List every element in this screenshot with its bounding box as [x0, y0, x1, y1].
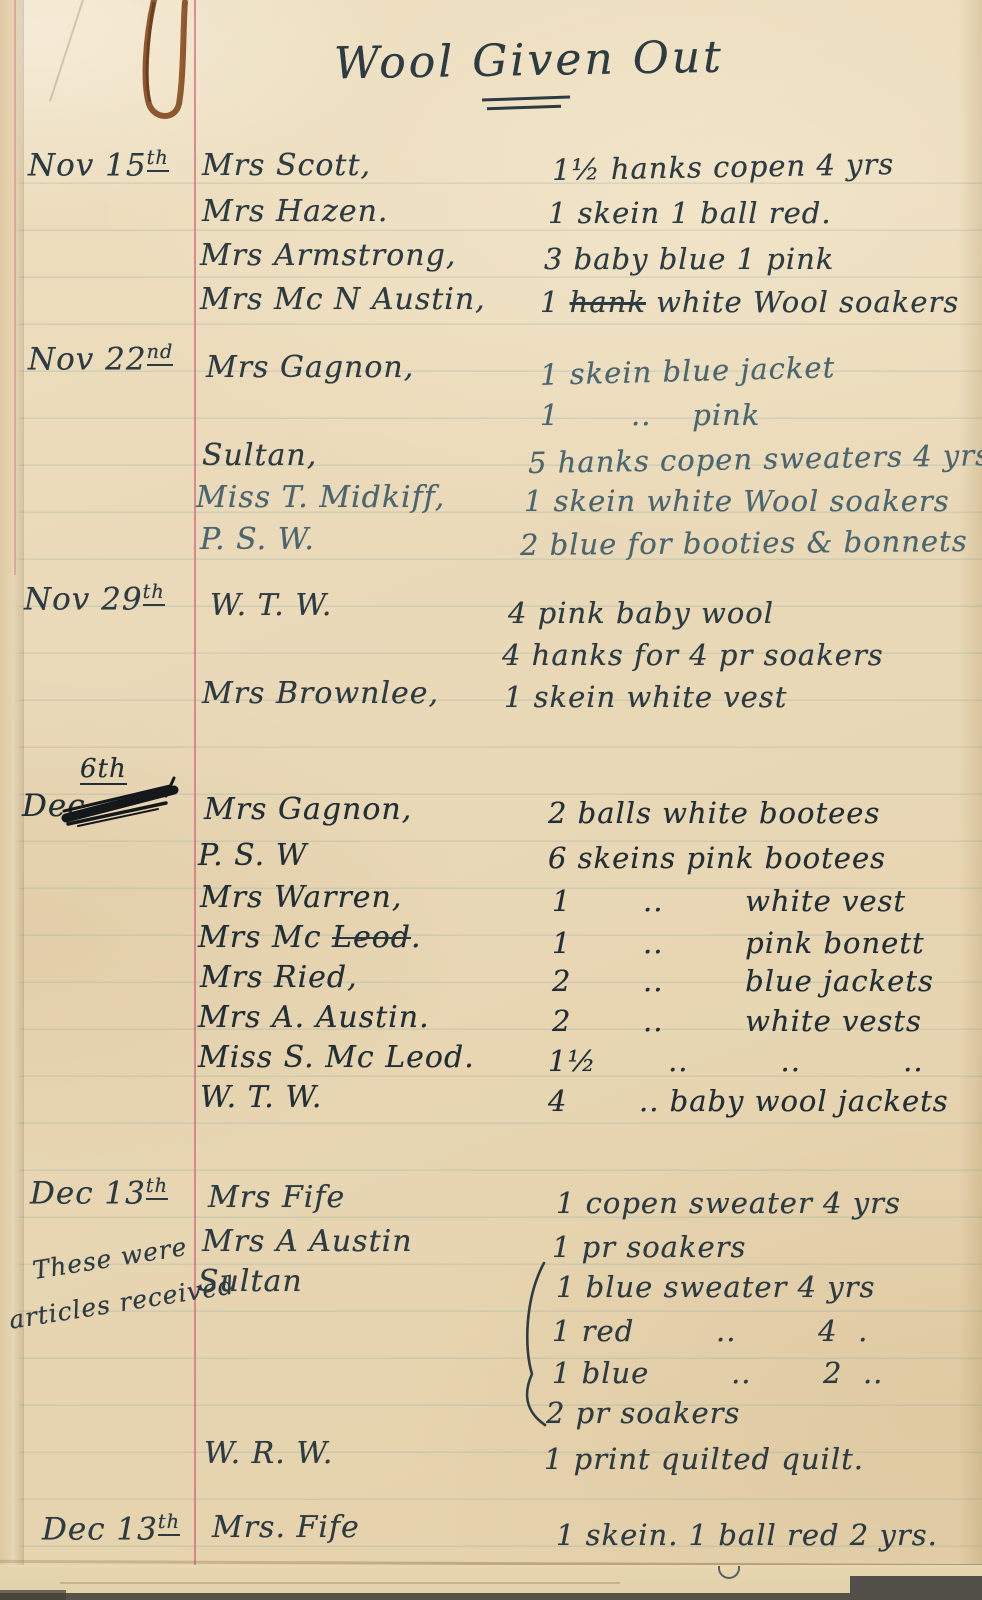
entry-name: Mrs Armstrong, — [200, 240, 456, 272]
page-title: Wool Given Out — [334, 35, 725, 88]
entry-item: 2 pr soakers — [546, 1398, 740, 1428]
entry-item: 4 hanks for 4 pr soakers — [502, 640, 884, 670]
margin-rule-line — [194, 0, 196, 1586]
entry-name: Mrs Hazen. — [202, 196, 388, 228]
entry-name: Mrs. Fife — [212, 1512, 360, 1544]
entry-item: 4 pink baby wool — [508, 598, 774, 628]
entry-name: Sultan, — [202, 440, 317, 472]
entry-item: 2 .. blue jackets — [552, 966, 934, 996]
entry-name: Mrs Ried, — [200, 962, 358, 994]
struck-word: Leod — [332, 920, 411, 955]
entry-item: 1 pr soakers — [552, 1232, 746, 1262]
entry-item: 1 skein white vest — [504, 682, 787, 712]
entry-name: Mrs Gagnon, — [204, 794, 412, 826]
entry-name: Mrs Scott, — [202, 150, 371, 182]
date-ordinal: th — [158, 1510, 180, 1536]
entry-name: Miss T. Midkiff, — [196, 482, 445, 514]
entry-name: P. S. W. — [200, 524, 315, 556]
scratched-out-date — [62, 780, 182, 828]
page-right-shade — [956, 0, 982, 1600]
entry-item: 1 skein. 1 ball red 2 yrs. — [556, 1520, 938, 1550]
date-label: Dec 13th — [42, 1512, 180, 1546]
date-ordinal: nd — [147, 340, 174, 366]
entry-item: 1 print quilted quilt. — [544, 1444, 864, 1474]
scan-edge-corner-left — [0, 1590, 66, 1600]
entry-item: 1 skein white Wool soakers — [524, 486, 950, 516]
entry-item: 1 red .. 4 . — [552, 1316, 868, 1346]
entry-name: Mrs A Austin — [202, 1226, 413, 1258]
entry-item: 5 hanks copen sweaters 4 yrs — [528, 440, 982, 479]
entry-name: W. T. W. — [200, 1082, 322, 1114]
struck-word: hank — [570, 285, 646, 319]
entry-item: 1 hank white Wool soakers — [540, 287, 959, 317]
entry-item: 1 skein 1 ball red. — [548, 198, 832, 228]
entry-name: Mrs Gagnon, — [206, 352, 414, 384]
ledger-page: { "title": "Wool Given Out", "ink": { "p… — [0, 0, 982, 1600]
item-text: white Wool soakers — [646, 285, 959, 319]
page-left-edge — [0, 0, 24, 1600]
page-fold-line-2 — [60, 1582, 620, 1584]
entry-name: P. S. W — [198, 840, 308, 872]
item-text: 1 — [540, 285, 570, 319]
entry-item: 1 copen sweater 4 yrs — [556, 1188, 901, 1218]
date-text: Nov 15 — [28, 147, 147, 183]
entry-name: Miss S. Mc Leod. — [198, 1042, 475, 1074]
date-ordinal: th — [147, 146, 169, 172]
entry-item: 3 baby blue 1 pink — [544, 244, 834, 274]
under-page-margin-line — [14, 0, 16, 575]
entry-name: W. T. W. — [210, 590, 332, 622]
scan-edge-bottom — [0, 1593, 982, 1600]
entry-name: Mrs Warren, — [200, 882, 402, 914]
date-text: Nov 22 — [28, 341, 147, 377]
entry-item: 2 blue for booties & bonnets — [520, 526, 968, 560]
date-ordinal: th — [146, 1174, 168, 1200]
entry-item: 1½ hanks copen 4 yrs — [552, 149, 895, 185]
date-ordinal: 6th — [80, 756, 127, 785]
rust-paperclip-stain — [116, 0, 216, 136]
date-label: Dec 13th — [30, 1176, 168, 1210]
date-text: Nov 29 — [24, 581, 143, 617]
entry-name: Mrs Fife — [208, 1182, 345, 1214]
name-text: Mrs Mc — [198, 920, 332, 955]
date-label: Nov 15th — [28, 148, 169, 182]
date-label: Nov 22nd — [28, 342, 173, 376]
entry-name: W. R. W. — [204, 1438, 333, 1470]
entry-item: 2 .. white vests — [552, 1006, 922, 1036]
entry-name: Mrs Brownlee, — [202, 678, 439, 710]
date-ordinal: th — [143, 580, 165, 606]
entry-item: 1 blue sweater 4 yrs — [556, 1272, 875, 1302]
date-text: Dec 13 — [30, 1175, 146, 1211]
entry-item: 6 skeins pink bootees — [548, 843, 886, 873]
entry-item: 1 .. pink — [540, 400, 760, 430]
entry-item: 2 balls white bootees — [548, 798, 880, 828]
entry-item: 1 .. pink bonett — [552, 928, 925, 958]
entry-name: Mrs Mc N Austin, — [200, 284, 486, 316]
entry-name: Mrs A. Austin. — [198, 1002, 430, 1034]
date-label: Nov 29th — [24, 582, 165, 616]
scan-edge-corner-right — [850, 1576, 982, 1600]
entry-item: 1 skein blue jacket — [540, 352, 836, 390]
entry-item: 1 .. white vest — [552, 886, 906, 916]
entry-item: 1½ .. .. .. — [548, 1046, 924, 1076]
entry-item: 1 blue .. 2 .. — [552, 1358, 883, 1388]
entry-item: 4 .. baby wool jackets — [548, 1086, 949, 1116]
entry-name: Mrs Mc Leod. — [198, 922, 422, 954]
name-text: . — [411, 920, 422, 955]
date-text: Dec 13 — [42, 1511, 158, 1547]
